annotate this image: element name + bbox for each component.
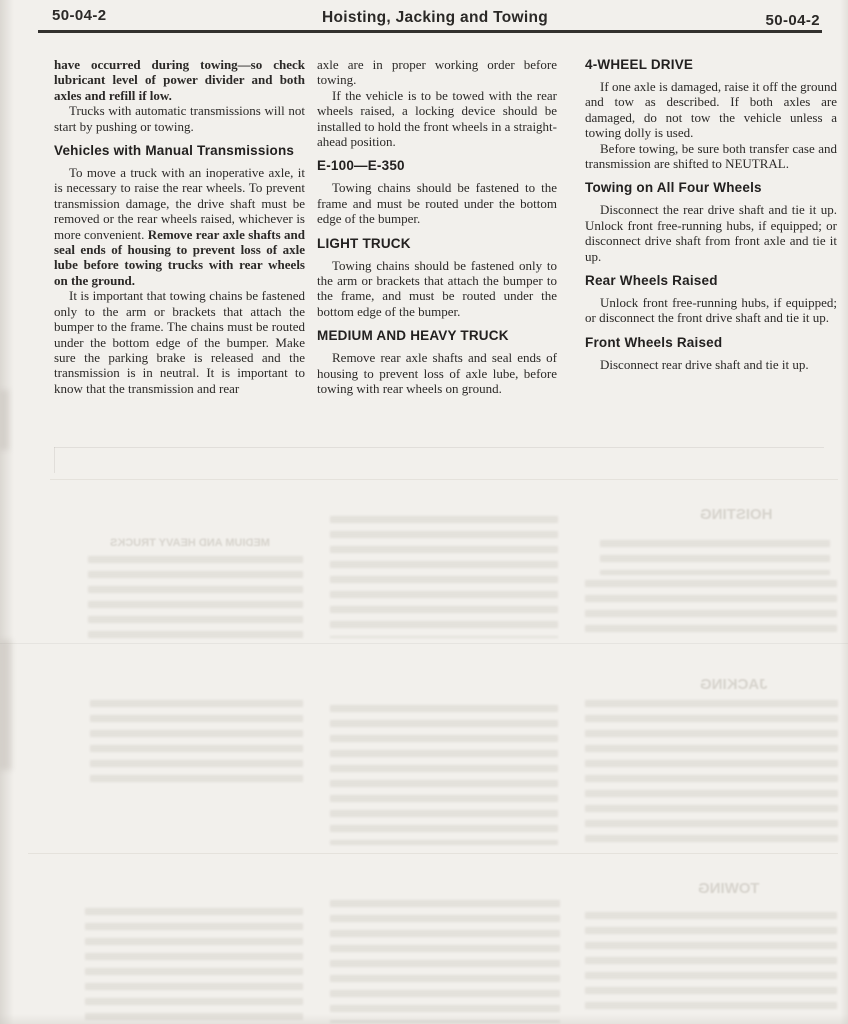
scan-edge-right bbox=[840, 0, 848, 1024]
text-run: It is important that towing chains be fa… bbox=[54, 288, 305, 395]
header-rule bbox=[38, 30, 822, 33]
sub-heading: Rear Wheels Raised bbox=[585, 273, 837, 289]
bleedthrough-heading-hoisting: HOISTING bbox=[700, 506, 773, 523]
text-run: Unlock front free-running hubs, if equip… bbox=[585, 295, 837, 325]
text-run: If the vehicle is to be towed with the r… bbox=[317, 88, 557, 149]
column-middle: axle are in proper working order before … bbox=[317, 57, 557, 397]
paragraph: To move a truck with an inoperative axle… bbox=[54, 165, 305, 288]
column-left: have occurred during towing—so check lub… bbox=[54, 57, 305, 396]
text-run: Before towing, be sure both transfer cas… bbox=[585, 141, 837, 171]
bleedthrough-text-block bbox=[330, 516, 558, 638]
text-run: Towing chains should be fastened to the … bbox=[317, 180, 557, 226]
column-right: 4-WHEEL DRIVEIf one axle is damaged, rai… bbox=[585, 57, 837, 372]
paragraph: Remove rear axle shafts and seal ends of… bbox=[317, 350, 557, 396]
page-number-right: 50-04-2 bbox=[765, 12, 820, 29]
bleedthrough-text-block bbox=[330, 900, 560, 1023]
text-run: Disconnect rear drive shaft and tie it u… bbox=[600, 357, 809, 372]
bleedthrough-text-block bbox=[600, 540, 830, 575]
paragraph: Trucks with automatic transmissions will… bbox=[54, 103, 305, 134]
sub-heading: Front Wheels Raised bbox=[585, 335, 837, 351]
paragraph: It is important that towing chains be fa… bbox=[54, 288, 305, 396]
bleedthrough-text-block bbox=[585, 912, 837, 1017]
bleedthrough-text-block bbox=[585, 700, 838, 845]
text-run: Disconnect the rear drive shaft and tie … bbox=[585, 202, 837, 263]
scan-edge-left bbox=[0, 0, 14, 1024]
sub-heading: Towing on All Four Wheels bbox=[585, 180, 837, 196]
paragraph: If one axle is damaged, raise it off the… bbox=[585, 79, 837, 141]
paragraph: Towing chains should be fastened only to… bbox=[317, 258, 557, 320]
bleedthrough-text-block bbox=[85, 908, 303, 1024]
section-heading: LIGHT TRUCK bbox=[317, 236, 557, 252]
faint-rule-3 bbox=[0, 643, 848, 644]
text-run: Trucks with automatic transmissions will… bbox=[54, 103, 305, 133]
page-title: Hoisting, Jacking and Towing bbox=[11, 9, 848, 27]
text-run: If one axle is damaged, raise it off the… bbox=[585, 79, 837, 140]
section-heading: MEDIUM AND HEAVY TRUCK bbox=[317, 328, 557, 344]
paragraph: Unlock front free-running hubs, if equip… bbox=[585, 295, 837, 326]
scan-smudge bbox=[0, 640, 12, 770]
bleedthrough-heading-medium-heavy: MEDIUM AND HEAVY TRUCKS bbox=[110, 537, 270, 549]
paragraph: axle are in proper working order before … bbox=[317, 57, 557, 88]
paragraph: have occurred during towing—so check lub… bbox=[54, 57, 305, 103]
paragraph: Before towing, be sure both transfer cas… bbox=[585, 141, 837, 172]
bold-text-run: have occurred during towing—so check lub… bbox=[54, 57, 305, 103]
faint-rule-1 bbox=[54, 447, 824, 448]
paragraph: If the vehicle is to be towed with the r… bbox=[317, 88, 557, 150]
text-run: Towing chains should be fastened only to… bbox=[317, 258, 557, 319]
bleedthrough-heading-jacking: JACKING bbox=[700, 676, 768, 693]
paragraph: Disconnect the rear drive shaft and tie … bbox=[585, 202, 837, 264]
text-run: axle are in proper working order before … bbox=[317, 57, 557, 87]
bleedthrough-heading-towing: TOWING bbox=[698, 880, 759, 897]
section-heading: E-100—E-350 bbox=[317, 158, 557, 174]
bleedthrough-text-block bbox=[90, 700, 303, 785]
sub-heading: Vehicles with Manual Transmissions bbox=[54, 143, 305, 159]
section-heading: 4-WHEEL DRIVE bbox=[585, 57, 837, 73]
faint-rule-2 bbox=[50, 479, 838, 480]
faint-box-edge bbox=[54, 447, 55, 473]
paragraph: Disconnect rear drive shaft and tie it u… bbox=[585, 357, 837, 372]
scan-smudge bbox=[0, 390, 9, 450]
faint-rule-4 bbox=[28, 853, 838, 854]
bleedthrough-text-block bbox=[88, 556, 303, 638]
text-run: Remove rear axle shafts and seal ends of… bbox=[317, 350, 557, 396]
paragraph: Towing chains should be fastened to the … bbox=[317, 180, 557, 226]
bleedthrough-text-block bbox=[585, 580, 837, 638]
bleedthrough-text-block bbox=[330, 705, 558, 845]
scanned-manual-page: 50-04-2 Hoisting, Jacking and Towing 50-… bbox=[0, 0, 848, 1024]
